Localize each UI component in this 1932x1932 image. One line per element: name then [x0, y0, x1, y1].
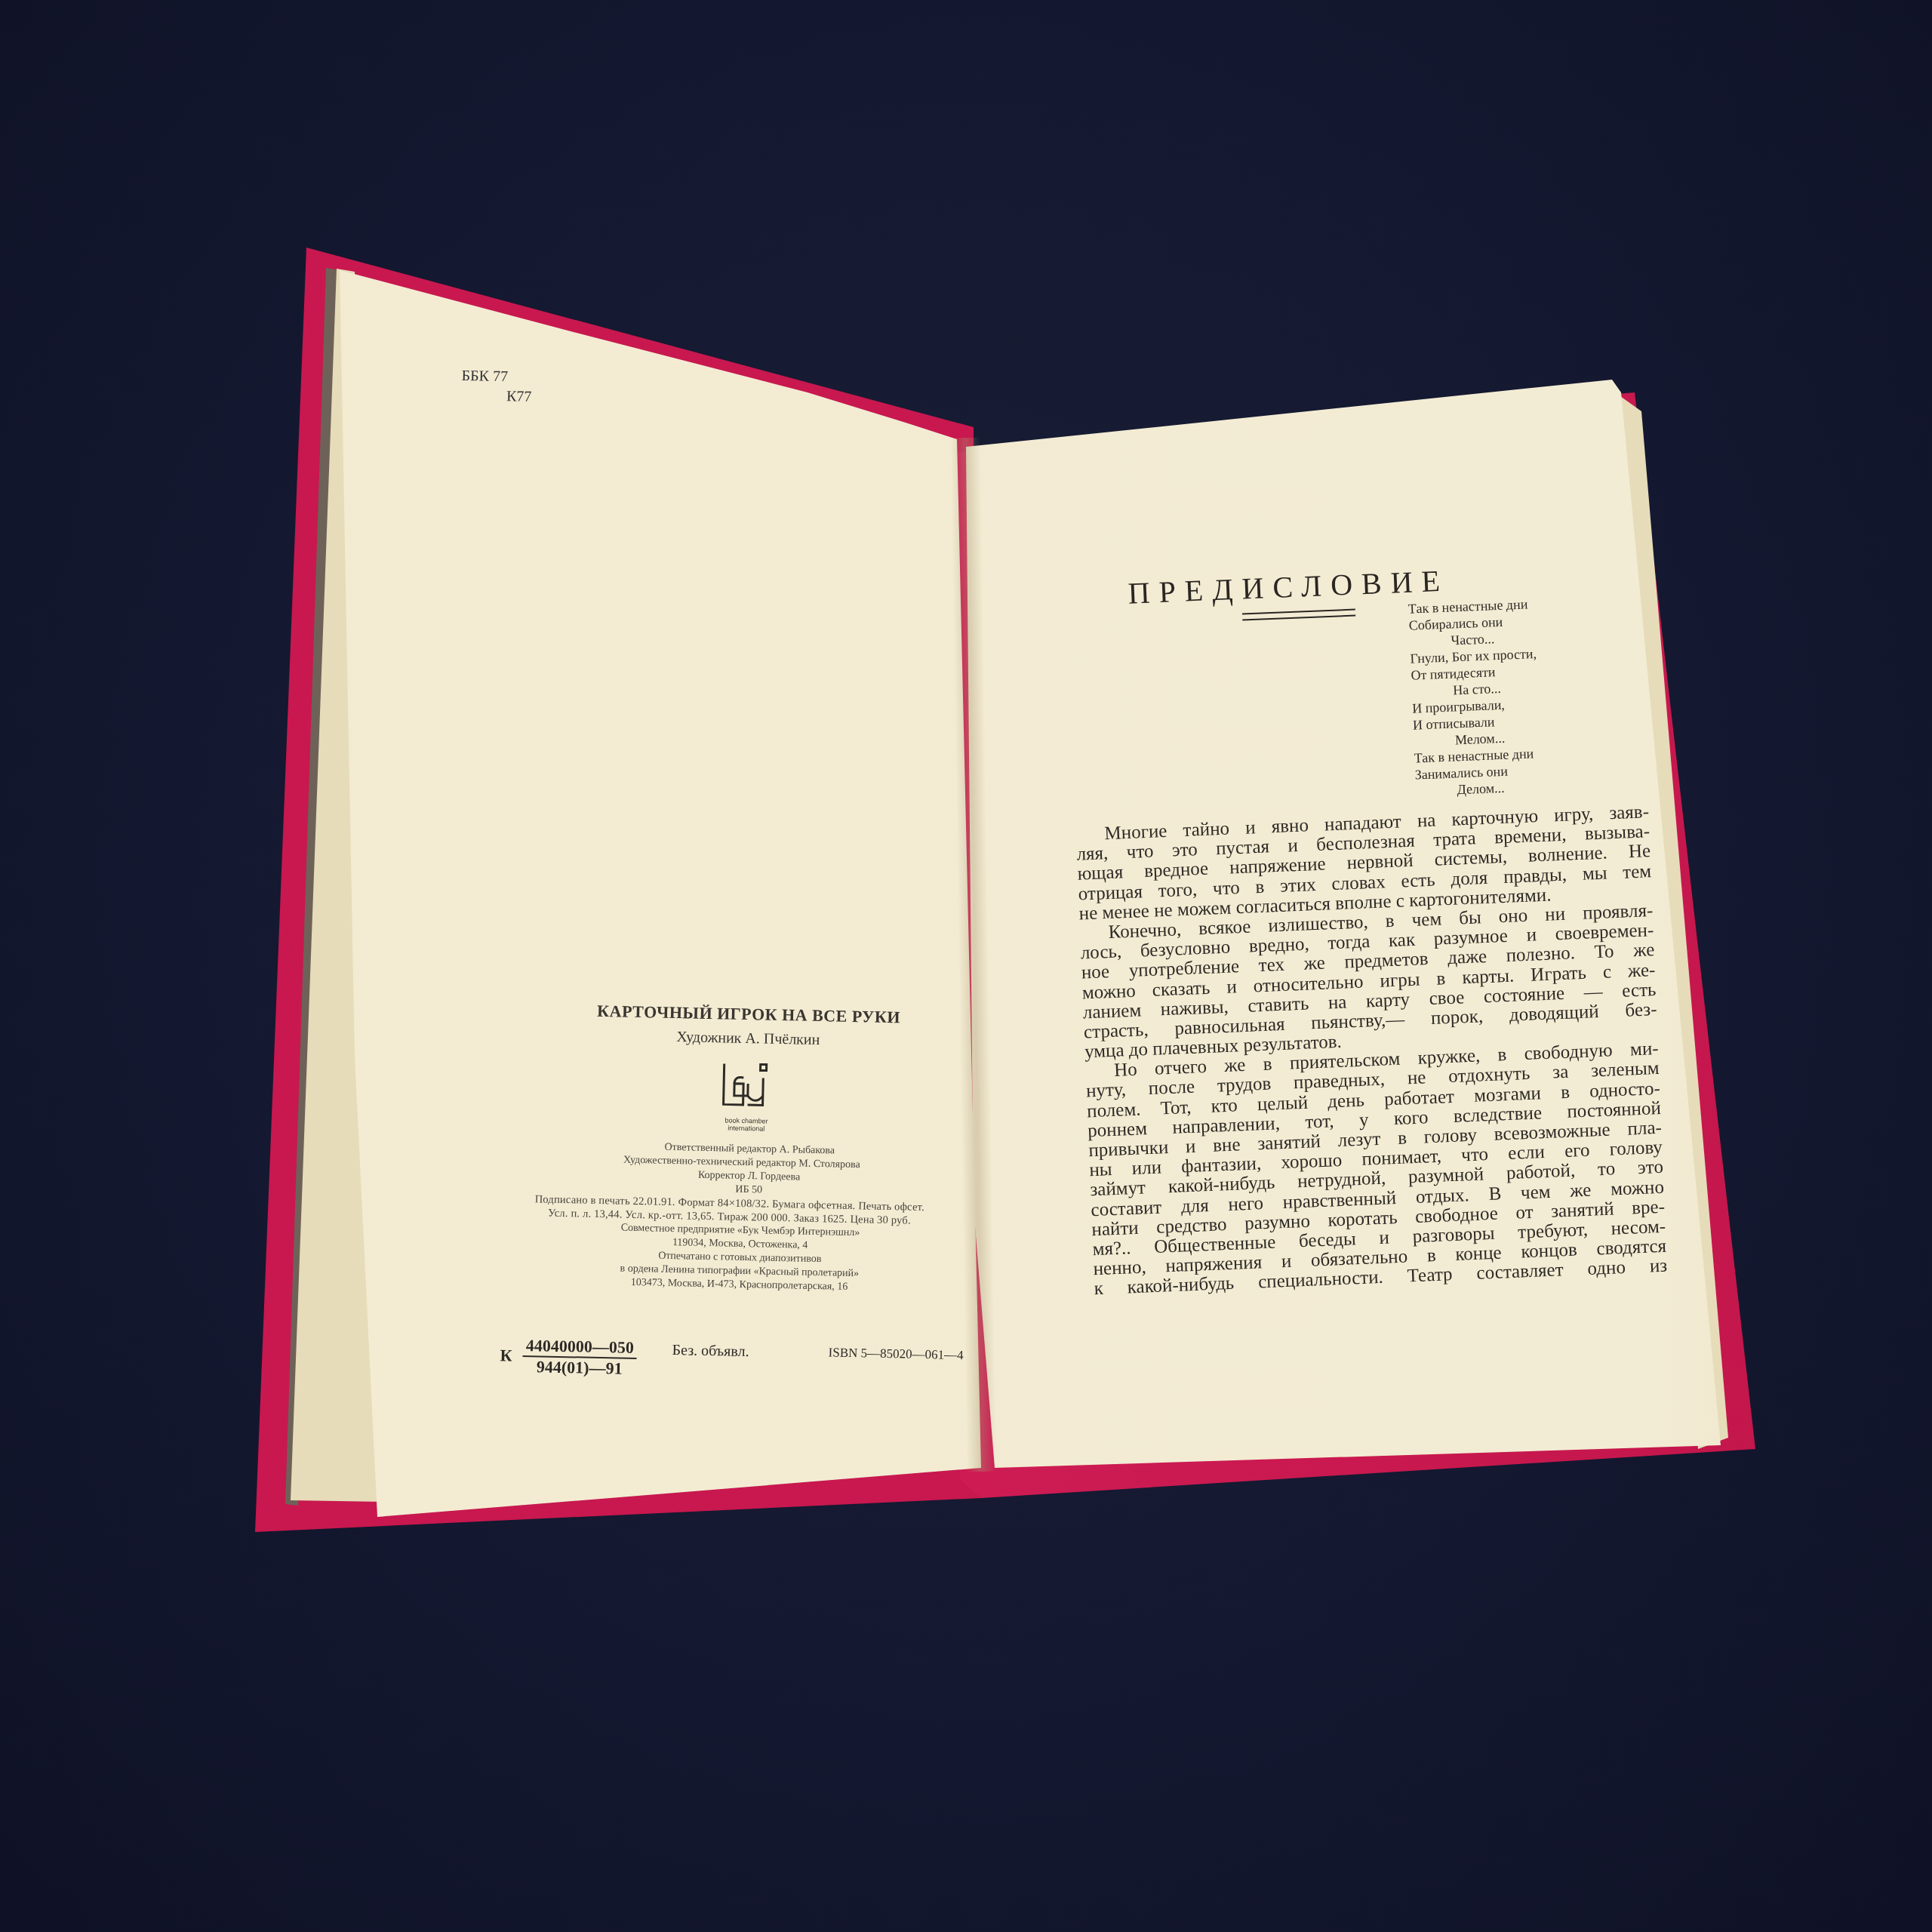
epigraph: Так в ненастные дни Собирались они Часто… — [1407, 595, 1542, 800]
index-isbn-line: К 44040000—050 944(01)—91 Без. объявл. I… — [500, 1335, 953, 1390]
colophon-credits: Ответственный редактор А. Рыбакова Худож… — [494, 1137, 964, 1297]
logo-caption: book chamber international — [528, 1112, 965, 1137]
book-artist: Художник А. Пчёлкин — [529, 1026, 967, 1052]
index-fraction: 44040000—050 944(01)—91 — [522, 1336, 637, 1379]
preface-body: Многие тайно и явно нападают на карточну… — [1075, 802, 1668, 1299]
bci-publisher-logo-icon — [712, 1060, 781, 1115]
bbk-code: ББК 77 К77 — [461, 366, 532, 407]
isbn: ISBN 5—85020—061—4 — [828, 1345, 963, 1363]
imprint-block: КАРТОЧНЫЙ ИГРОК НА ВСЕ РУКИ Художник А. … — [494, 999, 968, 1297]
